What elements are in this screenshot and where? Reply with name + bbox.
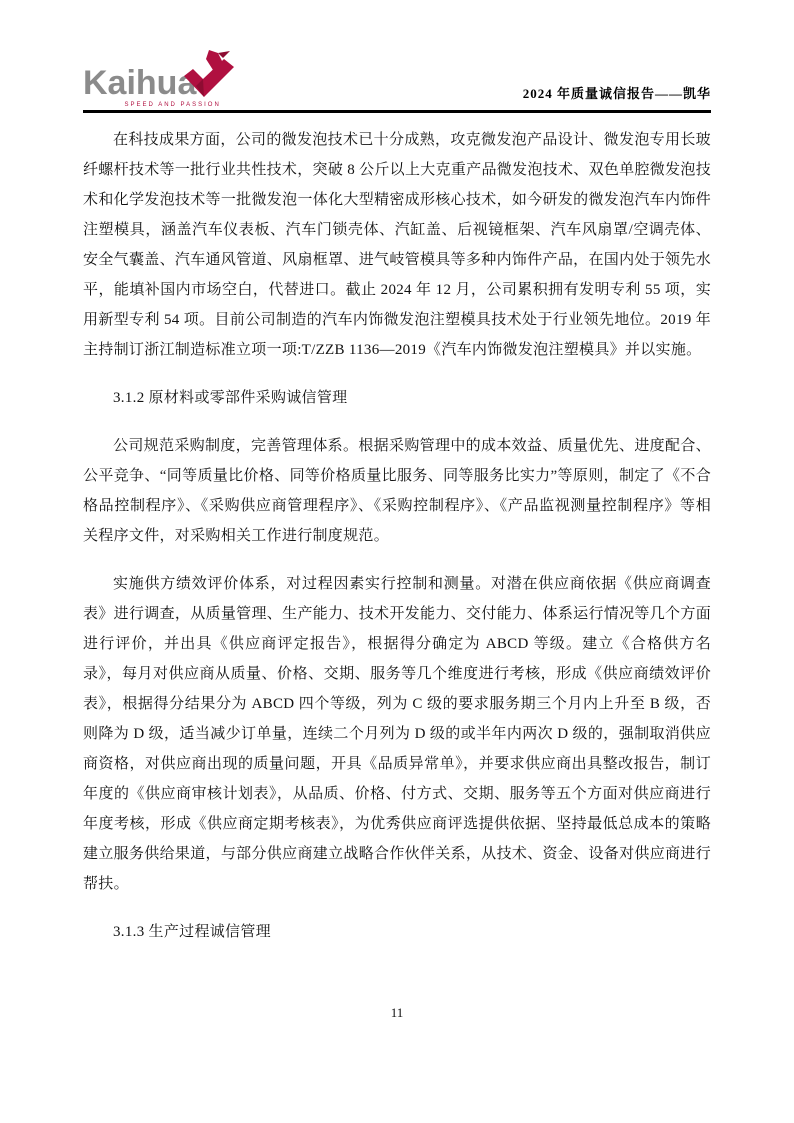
header-title: 2024 年质量诚信报告——凯华 bbox=[523, 83, 711, 108]
heading-3-1-2: 3.1.2 原材料或零部件采购诚信管理 bbox=[83, 383, 711, 413]
page-header: Kaihua SPEED AND PASSION 2024 年质量诚信报告——凯… bbox=[83, 0, 711, 108]
logo-tagline: SPEED AND PASSION bbox=[83, 102, 234, 108]
kaihua-logo: Kaihua SPEED AND PASSION bbox=[83, 50, 234, 108]
paragraph-tech-achievements: 在科技成果方面，公司的微发泡技术已十分成熟，攻克微发泡产品设计、微发泡专用长玻纤… bbox=[83, 125, 711, 365]
document-body: 在科技成果方面，公司的微发泡技术已十分成熟，攻克微发泡产品设计、微发泡专用长玻纤… bbox=[83, 125, 711, 947]
page-number: 11 bbox=[391, 1005, 404, 1020]
header-rule bbox=[83, 110, 711, 113]
paragraph-procurement: 公司规范采购制度，完善管理体系。根据采购管理中的成本效益、质量优先、进度配合、公… bbox=[83, 431, 711, 551]
kaihua-bird-icon bbox=[182, 50, 234, 98]
paragraph-supplier-evaluation: 实施供方绩效评价体系，对过程因素实行控制和测量。对潜在供应商依据《供应商调查表》… bbox=[83, 569, 711, 899]
page-footer: 11 bbox=[0, 1005, 794, 1021]
document-page: Kaihua SPEED AND PASSION 2024 年质量诚信报告——凯… bbox=[0, 0, 794, 1123]
heading-3-1-3: 3.1.3 生产过程诚信管理 bbox=[83, 917, 711, 947]
logo-text: Kaihua bbox=[83, 66, 196, 100]
